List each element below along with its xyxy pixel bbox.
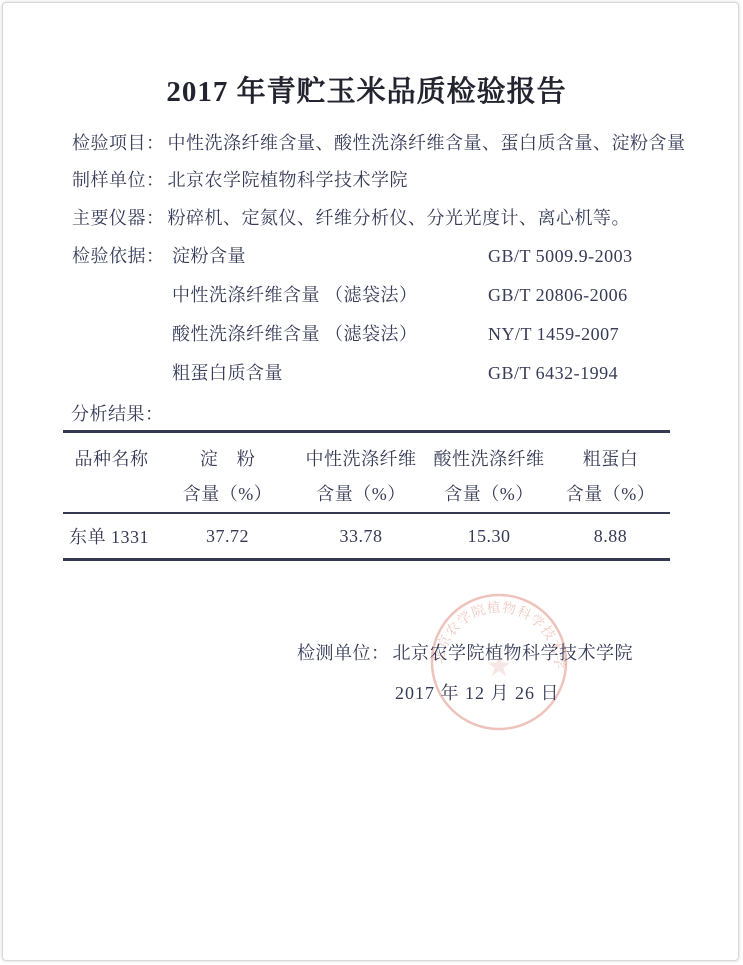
basis-section-label: 检验依据： [72, 245, 165, 267]
column-header-starch: 淀 粉 [160, 432, 295, 474]
column-header-starch-sub: 含量（%） [160, 473, 295, 513]
table-row: 东单 1331 37.72 33.78 15.30 8.88 [63, 513, 670, 560]
basis-item-name: 酸性洗涤纤维含量 （滤袋法） [172, 323, 418, 345]
cell-adf: 15.30 [427, 513, 551, 560]
field-main-instruments-label: 主要仪器： [72, 208, 165, 228]
cell-variety: 东单 1331 [63, 513, 160, 560]
column-header-ndf-sub: 含量（%） [295, 473, 427, 513]
field-main-instruments: 主要仪器：粉碎机、定氮仪、纤维分析仪、分光光度计、离心机等。 [72, 207, 630, 229]
report-date: 2017 年 12 月 26 日 [395, 682, 560, 704]
basis-item-standard: GB/T 6432-1994 [488, 362, 618, 384]
cell-crude-protein: 8.88 [551, 513, 670, 560]
page-title: 2017 年青贮玉米品质检验报告 [3, 75, 730, 109]
basis-item-name: 淀粉含量 [172, 245, 246, 267]
field-inspection-items-label: 检验项目： [72, 133, 165, 153]
results-table: 品种名称 淀 粉 中性洗涤纤维 酸性洗涤纤维 粗蛋白 含量（%） 含量（%） 含… [63, 430, 670, 561]
testing-unit-row: 检测单位：北京农学院植物科学技术学院 [297, 642, 633, 664]
field-main-instruments-value: 粉碎机、定氮仪、纤维分析仪、分光光度计、离心机等。 [168, 208, 631, 228]
basis-item-name: 粗蛋白质含量 [172, 362, 283, 384]
column-header-crude-protein-sub: 含量（%） [551, 473, 670, 513]
column-header-variety-sub [63, 473, 160, 513]
basis-item-standard: GB/T 5009.9-2003 [488, 245, 633, 267]
column-header-variety: 品种名称 [63, 432, 160, 474]
results-table-header-row-2: 含量（%） 含量（%） 含量（%） 含量（%） [63, 473, 670, 513]
results-table-header-row-1: 品种名称 淀 粉 中性洗涤纤维 酸性洗涤纤维 粗蛋白 [63, 432, 670, 474]
field-sampling-unit-value: 北京农学院植物科学技术学院 [168, 170, 409, 190]
report-page: 2017 年青贮玉米品质检验报告 检验项目：中性洗涤纤维含量、酸性洗涤纤维含量、… [2, 2, 739, 961]
field-inspection-items-value: 中性洗涤纤维含量、酸性洗涤纤维含量、蛋白质含量、淀粉含量 [168, 133, 686, 153]
column-header-crude-protein: 粗蛋白 [551, 432, 670, 474]
field-sampling-unit-label: 制样单位： [72, 170, 165, 190]
cell-starch: 37.72 [160, 513, 295, 560]
column-header-ndf: 中性洗涤纤维 [295, 432, 427, 474]
field-sampling-unit: 制样单位：北京农学院植物科学技术学院 [72, 169, 408, 191]
basis-item-standard: GB/T 20806-2006 [488, 284, 628, 306]
testing-unit-label: 检测单位： [297, 643, 390, 663]
results-section-label: 分析结果： [71, 403, 164, 425]
testing-unit-value: 北京农学院植物科学技术学院 [393, 643, 634, 663]
basis-item-name: 中性洗涤纤维含量 （滤袋法） [172, 284, 418, 306]
column-header-adf-sub: 含量（%） [427, 473, 551, 513]
basis-item-standard: NY/T 1459-2007 [488, 323, 619, 345]
cell-ndf: 33.78 [295, 513, 427, 560]
field-inspection-items: 检验项目：中性洗涤纤维含量、酸性洗涤纤维含量、蛋白质含量、淀粉含量 [72, 132, 686, 154]
column-header-adf: 酸性洗涤纤维 [427, 432, 551, 474]
